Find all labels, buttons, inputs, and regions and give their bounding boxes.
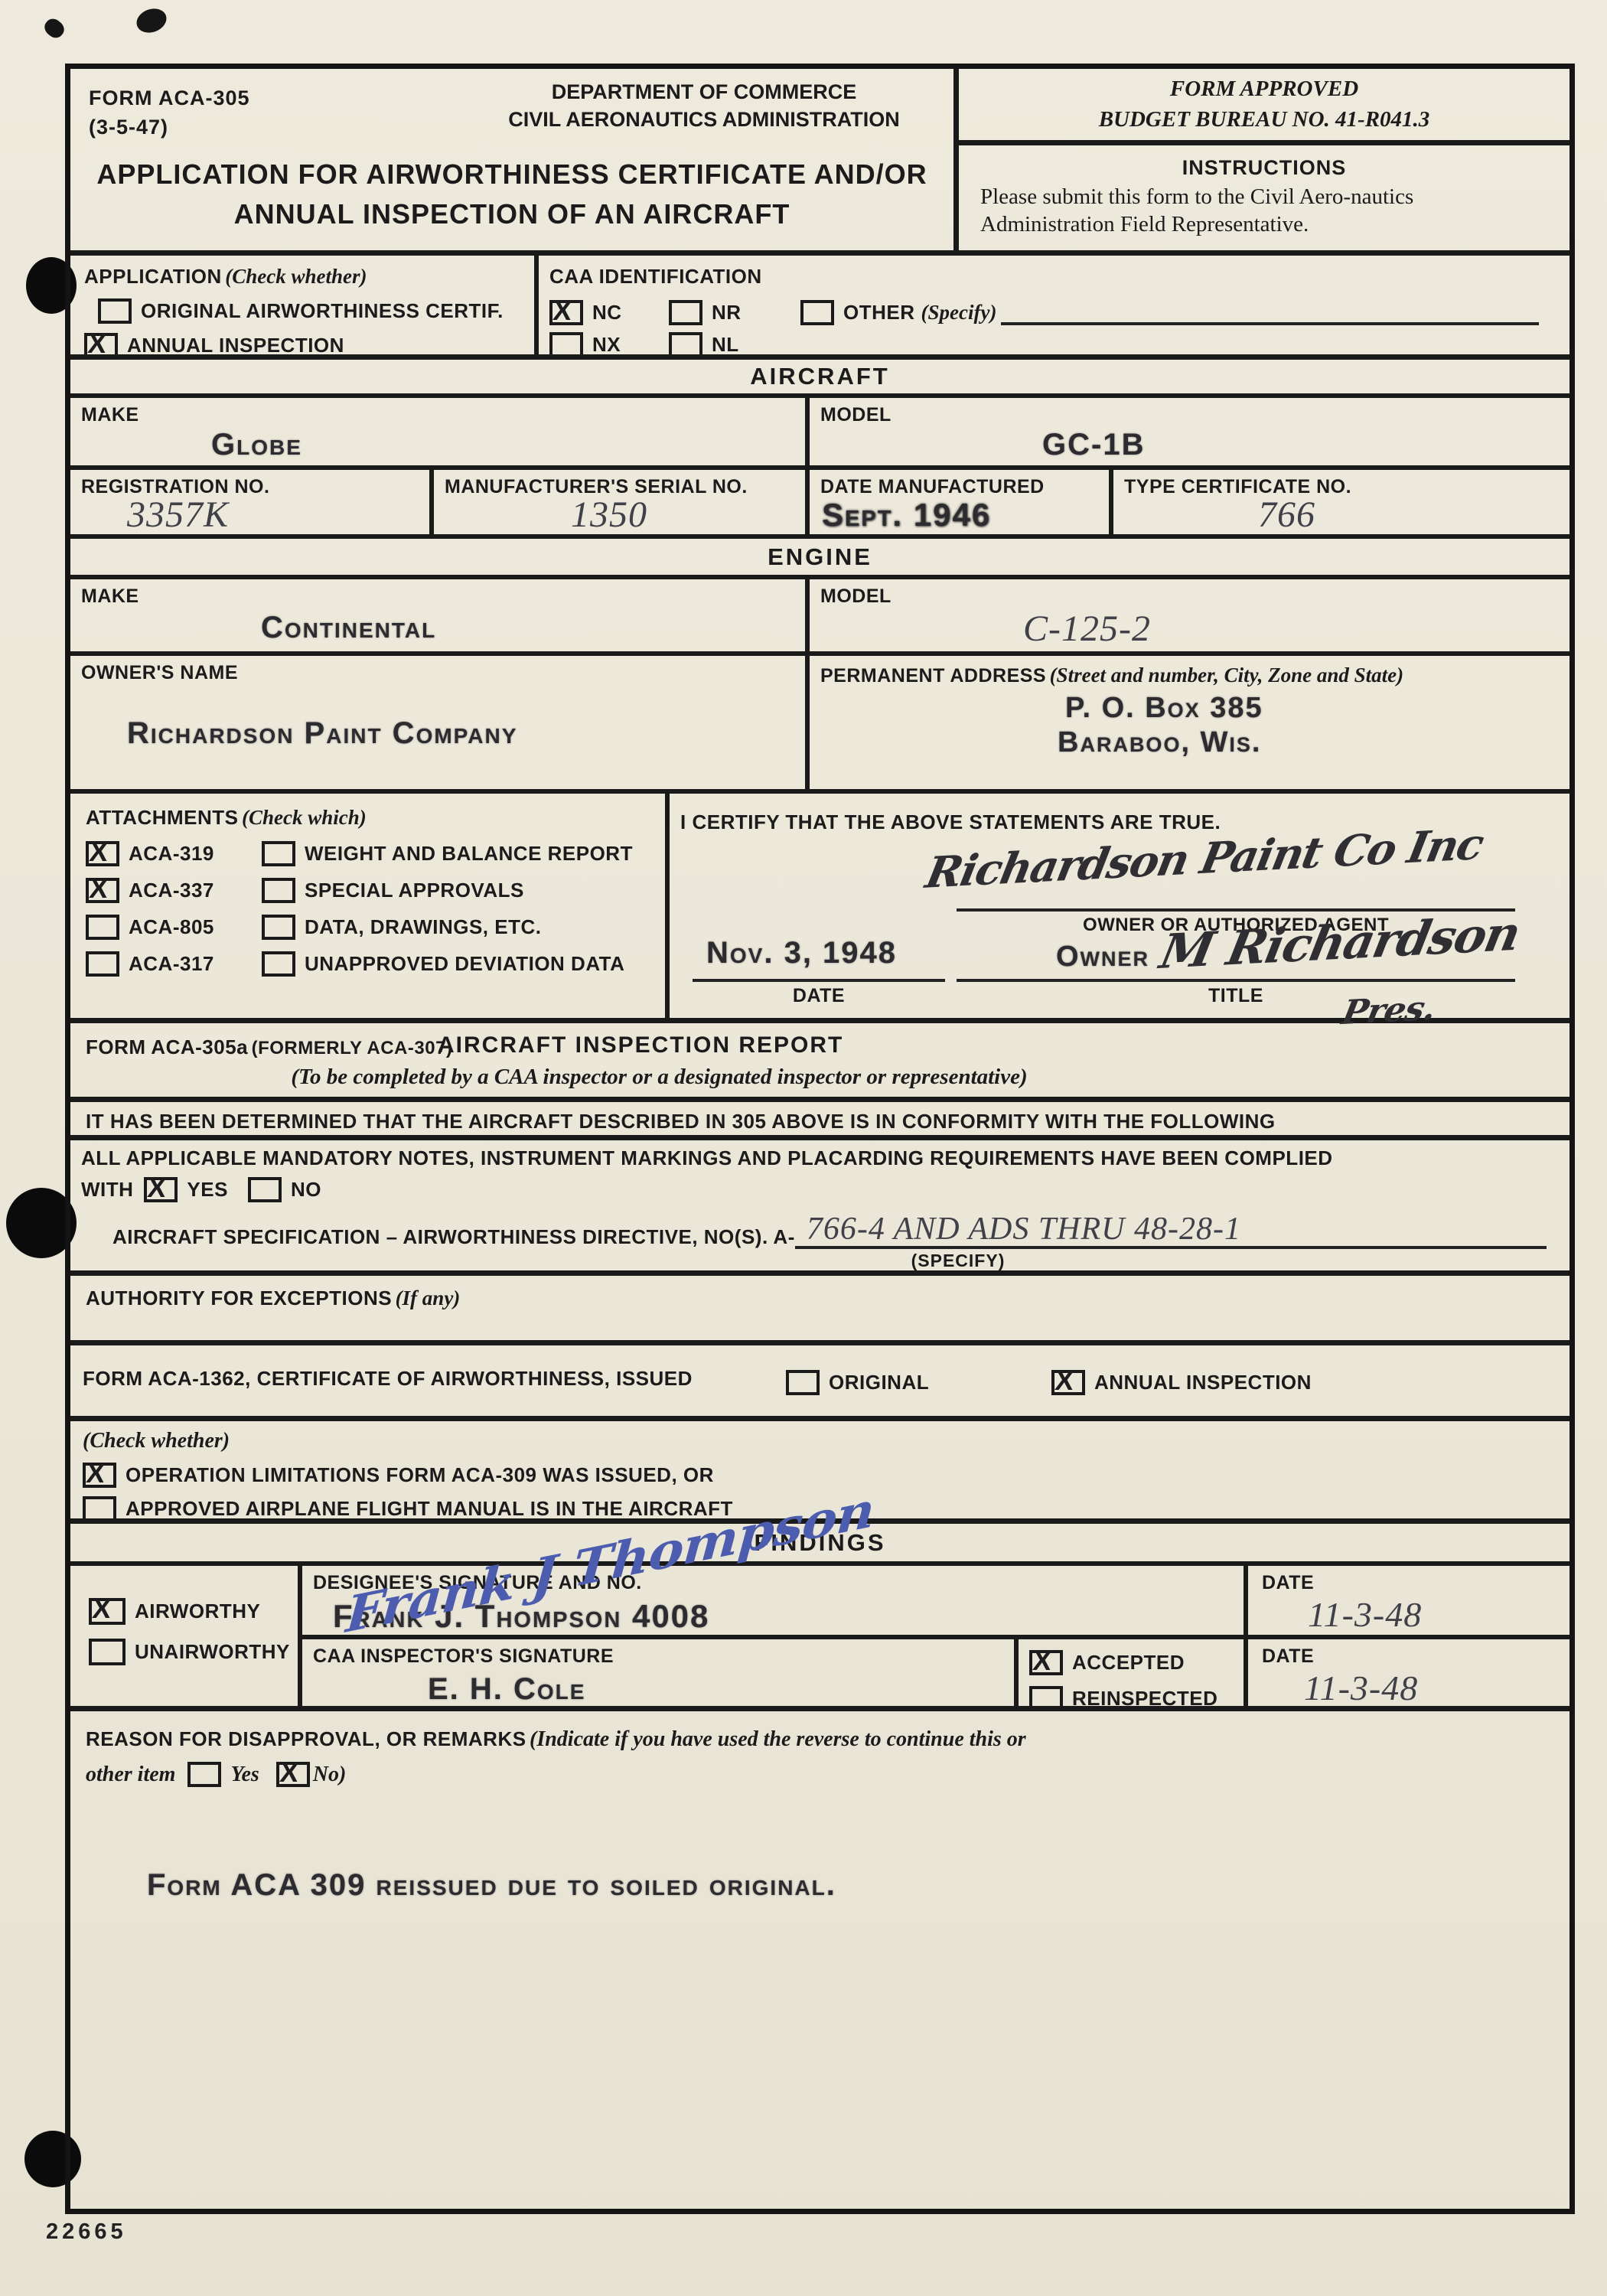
airworthiness-cell: AIRWORTHY UNAIRWORTHY [70, 1566, 302, 1706]
report-form-number: FORM ACA-305a [86, 1035, 248, 1058]
page-title: APPLICATION FOR AIRWORTHINESS CERTIFICAT… [70, 155, 953, 234]
designee-cell: DESIGNEE'S SIGNATURE AND NO. Frank J. Th… [302, 1566, 1248, 1635]
engine-model-label: MODEL [820, 585, 1559, 608]
report-formerly-note: (FORMERLY ACA-307) [252, 1038, 453, 1058]
owner-name-cell: OWNER'S NAME Richardson Paint Company [70, 656, 810, 789]
weight-balance-checkbox[interactable] [262, 841, 295, 866]
engine-make-model-row: MAKE Continental MODEL C-125-2 [70, 579, 1570, 656]
airworthy-label: AIRWORTHY [135, 1600, 260, 1623]
complied-no-label: NO [291, 1178, 321, 1202]
aircraft-make-label: MAKE [81, 404, 794, 426]
attachments-note: (Check which) [242, 806, 367, 829]
form-aca-305: FORM ACA-305 (3-5-47) DEPARTMENT OF COMM… [65, 64, 1575, 2214]
owner-row: OWNER'S NAME Richardson Paint Company PE… [70, 656, 1570, 794]
authority-row: AUTHORITY FOR EXCEPTIONS (If any) [70, 1276, 1570, 1345]
type-certificate-cell: TYPE CERTIFICATE NO. 766 [1113, 470, 1570, 534]
aircraft-make-value: Globe [211, 428, 794, 462]
original-airworthiness-label: ORIGINAL AIRWORTHINESS CERTIF. [141, 299, 504, 323]
nr-label: NR [712, 301, 742, 325]
engine-model-value: C-125-2 [1023, 608, 1559, 650]
findings-right: DESIGNEE'S SIGNATURE AND NO. Frank J. Th… [302, 1566, 1570, 1706]
form-1362-row: FORM ACA-1362, CERTIFICATE OF AIRWORTHIN… [70, 1345, 1570, 1421]
instructions-box: INSTRUCTIONS Please submit this form to … [959, 145, 1570, 250]
form-number-line1: FORM ACA-305 [89, 84, 250, 113]
remarks-no-label: No) [313, 1763, 347, 1787]
inspector-value: E. H. Cole [428, 1672, 1014, 1707]
aca-317-label: ACA-317 [129, 952, 214, 976]
complied-yes-checkbox[interactable] [144, 1177, 178, 1202]
other-label: OTHER [843, 301, 915, 325]
aircraft-model-cell: MODEL GC-1B [810, 398, 1570, 465]
nx-label: NX [592, 333, 621, 357]
designee-date-value: 11-3-48 [1308, 1594, 1570, 1635]
accepted-date-value: 11-3-48 [1304, 1668, 1570, 1708]
inspection-report-header: FORM ACA-305a (FORMERLY ACA-307) AIRCRAF… [70, 1023, 1570, 1102]
aircraft-make-cell: MAKE Globe [70, 398, 810, 465]
designee-date-cell: DATE 11-3-48 [1248, 1566, 1570, 1635]
aircraft-model-label: MODEL [820, 404, 1559, 426]
special-approvals-label: SPECIAL APPROVALS [305, 879, 524, 902]
report-title: AIRCRAFT INSPECTION REPORT [438, 1032, 843, 1058]
form-1362-label: FORM ACA-1362, CERTIFICATE OF AIRWORTHIN… [83, 1367, 693, 1391]
nc-checkbox[interactable] [549, 300, 583, 325]
registration-value: 3357K [127, 494, 419, 536]
aca-319-label: ACA-319 [129, 842, 214, 866]
flight-manual-checkbox[interactable] [83, 1496, 116, 1521]
serial-value: 1350 [571, 494, 794, 536]
complied-no-checkbox[interactable] [248, 1177, 282, 1202]
aircraft-details-row: REGISTRATION NO. 3357K MANUFACTURER'S SE… [70, 470, 1570, 539]
title-line[interactable] [957, 957, 1515, 982]
authority-note: (If any) [396, 1287, 461, 1309]
report-subtitle: (To be completed by a CAA inspector or a… [70, 1065, 1248, 1090]
special-approvals-checkbox[interactable] [262, 878, 295, 903]
header-right: FORM APPROVED BUDGET BUREAU NO. 41-R041.… [953, 69, 1570, 250]
serial-cell: MANUFACTURER'S SERIAL NO. 1350 [434, 470, 810, 534]
data-drawings-checkbox[interactable] [262, 915, 295, 940]
accepted-date-cell: DATE 11-3-48 [1248, 1639, 1570, 1711]
accepted-cell: ACCEPTED REINSPECTED [1019, 1639, 1248, 1711]
form-number: FORM ACA-305 (3-5-47) [89, 84, 250, 142]
unairworthy-checkbox[interactable] [89, 1639, 125, 1665]
annual-inspection-label: ANNUAL INSPECTION [127, 334, 344, 357]
check-whether-note: (Check whether) [83, 1429, 1570, 1453]
weight-balance-label: WEIGHT AND BALANCE REPORT [305, 842, 633, 866]
remark-text: Form ACA 309 reissued due to soiled orig… [147, 1868, 836, 1903]
issued-original-checkbox[interactable] [786, 1370, 820, 1395]
complied-yes-label: YES [187, 1178, 228, 1202]
form-header: FORM ACA-305 (3-5-47) DEPARTMENT OF COMM… [70, 69, 1570, 256]
owner-address-cell: PERMANENT ADDRESS (Street and number, Ci… [810, 656, 1570, 789]
instructions-title: INSTRUCTIONS [980, 156, 1548, 180]
authority-label: AUTHORITY FOR EXCEPTIONS [86, 1287, 392, 1309]
remarks-label: REASON FOR DISAPPROVAL, OR REMARKS [86, 1727, 526, 1750]
date-manufactured-value: Sept. 1946 [822, 497, 1098, 533]
nl-checkbox[interactable] [669, 332, 702, 357]
aca-319-checkbox[interactable] [86, 841, 119, 866]
remarks-section: REASON FOR DISAPPROVAL, OR REMARKS (Indi… [70, 1711, 1570, 2209]
determined-text: IT HAS BEEN DETERMINED THAT THE AIRCRAFT… [86, 1110, 1276, 1135]
agency-line1: DEPARTMENT OF COMMERCE [482, 78, 926, 106]
airworthy-checkbox[interactable] [89, 1598, 125, 1625]
application-section: APPLICATION (Check whether) ORIGINAL AIR… [70, 256, 1570, 360]
nx-checkbox[interactable] [549, 332, 583, 357]
form-number-line2: (3-5-47) [89, 113, 250, 142]
with-label: WITH [81, 1178, 133, 1202]
attachments-certification-row: ATTACHMENTS (Check which) ACA-319 WEIGHT… [70, 794, 1570, 1023]
findings-table: AIRWORTHY UNAIRWORTHY DESIGNEE'S SIGNATU… [70, 1566, 1570, 1711]
engine-model-cell: MODEL C-125-2 [810, 579, 1570, 651]
caa-identification-cell: CAA IDENTIFICATION NC NR OTHER (Specify) [539, 256, 1570, 354]
issued-original-label: ORIGINAL [829, 1371, 929, 1394]
owner-address-label: PERMANENT ADDRESS [820, 665, 1046, 687]
nc-label: NC [592, 301, 622, 325]
designee-date-label: DATE [1262, 1572, 1570, 1594]
other-specify-input[interactable] [1001, 299, 1539, 325]
caa-identification-label: CAA IDENTIFICATION [549, 265, 1570, 289]
complied-row: ALL APPLICABLE MANDATORY NOTES, INSTRUME… [70, 1140, 1570, 1276]
reinspected-label: REINSPECTED [1072, 1687, 1217, 1711]
scanned-form-page: FORM ACA-305 (3-5-47) DEPARTMENT OF COMM… [0, 0, 1607, 2296]
owner-name-label: OWNER'S NAME [81, 662, 794, 684]
header-left: FORM ACA-305 (3-5-47) DEPARTMENT OF COMM… [70, 69, 953, 250]
remarks-note-line1: (Indicate if you have used the reverse t… [530, 1727, 1026, 1751]
spec-value: 766-4 AND ADS THRU 48-28-1 [807, 1211, 1241, 1247]
engine-section-title: ENGINE [70, 539, 1570, 579]
instructions-body: Please submit this form to the Civil Aer… [980, 183, 1548, 239]
certification-cell: I CERTIFY THAT THE ABOVE STATEMENTS ARE … [670, 794, 1570, 1018]
accepted-label: ACCEPTED [1072, 1651, 1185, 1675]
form-approved-line2: BUDGET BUREAU NO. 41-R041.3 [1099, 105, 1430, 135]
original-airworthiness-checkbox[interactable] [98, 298, 132, 324]
agency-line2: CIVIL AERONAUTICS ADMINISTRATION [482, 106, 926, 133]
reinspected-checkbox[interactable] [1029, 1686, 1063, 1711]
unapproved-deviation-checkbox[interactable] [262, 951, 295, 977]
agency-name: DEPARTMENT OF COMMERCE CIVIL AERONAUTICS… [482, 78, 926, 134]
unairworthy-label: UNAIRWORTHY [135, 1640, 290, 1664]
ink-smudge [133, 5, 170, 37]
aca-337-label: ACA-337 [129, 879, 214, 902]
flight-manual-label: APPROVED AIRPLANE FLIGHT MANUAL IS IN TH… [125, 1497, 733, 1521]
agent-signature-line[interactable] [957, 887, 1515, 912]
spec-input-line[interactable]: 766-4 AND ADS THRU 48-28-1 [795, 1220, 1547, 1249]
remarks-yes-checkbox[interactable] [187, 1762, 221, 1787]
attachments-label: ATTACHMENTS [86, 806, 239, 829]
inspector-label: CAA INSPECTOR'S SIGNATURE [313, 1645, 1014, 1668]
budget-bureau-box: FORM APPROVED BUDGET BUREAU NO. 41-R041.… [959, 69, 1570, 145]
owner-name-value: Richardson Paint Company [127, 716, 794, 751]
aca-805-checkbox[interactable] [86, 915, 119, 940]
data-drawings-label: DATA, DRAWINGS, ETC. [305, 915, 541, 939]
aircraft-make-model-row: MAKE Globe MODEL GC-1B [70, 398, 1570, 470]
attachments-cell: ATTACHMENTS (Check which) ACA-319 WEIGHT… [70, 794, 670, 1018]
owner-address-note: (Street and number, City, Zone and State… [1050, 664, 1404, 687]
owner-address-line2: Baraboo, Wis. [1058, 726, 1559, 759]
specify-label: (SPECIFY) [843, 1251, 1073, 1271]
page-title-line2: ANNUAL INSPECTION OF AN AIRCRAFT [70, 194, 953, 234]
accepted-date-label: DATE [1262, 1645, 1570, 1668]
remarks-yes-label: Yes [230, 1763, 259, 1787]
engine-make-value: Continental [261, 611, 794, 645]
operation-limitations-checkbox[interactable] [83, 1463, 116, 1488]
application-cell: APPLICATION (Check whether) ORIGINAL AIR… [70, 256, 539, 354]
form-approved-line1: FORM APPROVED [1170, 74, 1358, 104]
date-manufactured-cell: DATE MANUFACTURED Sept. 1946 [810, 470, 1113, 534]
aircraft-model-value: GC-1B [1042, 428, 1559, 462]
application-note: (Check whether) [225, 265, 367, 288]
operation-limitations-label: OPERATION LIMITATIONS FORM ACA-309 WAS I… [125, 1463, 714, 1487]
inspector-cell: CAA INSPECTOR'S SIGNATURE E. H. Cole [302, 1639, 1019, 1711]
engine-make-cell: MAKE Continental [70, 579, 810, 651]
certify-statement: I CERTIFY THAT THE ABOVE STATEMENTS ARE … [680, 810, 1221, 834]
aca-805-label: ACA-805 [129, 915, 214, 939]
aca-337-checkbox[interactable] [86, 878, 119, 903]
determined-row: IT HAS BEEN DETERMINED THAT THE AIRCRAFT… [70, 1102, 1570, 1140]
aca-317-checkbox[interactable] [86, 951, 119, 977]
issued-annual-label: ANNUAL INSPECTION [1094, 1371, 1312, 1394]
complied-text: ALL APPLICABLE MANDATORY NOTES, INSTRUME… [81, 1146, 1333, 1170]
engine-make-label: MAKE [81, 585, 794, 608]
aircraft-section-title: AIRCRAFT [70, 360, 1570, 398]
other-specify-note: (Specify) [921, 301, 997, 325]
issued-annual-checkbox[interactable] [1051, 1370, 1085, 1395]
spec-label: AIRCRAFT SPECIFICATION – AIRWORTHINESS D… [112, 1225, 795, 1249]
page-title-line1: APPLICATION FOR AIRWORTHINESS CERTIFICAT… [70, 155, 953, 194]
plate-number: 22665 [46, 2219, 127, 2245]
date-line[interactable] [693, 957, 945, 982]
ink-smudge [41, 15, 67, 41]
owner-address-line1: P. O. Box 385 [1065, 692, 1559, 725]
nl-label: NL [712, 333, 739, 357]
registration-cell: REGISTRATION NO. 3357K [70, 470, 434, 534]
remarks-note-line2: other item [86, 1763, 175, 1787]
remarks-no-checkbox[interactable] [276, 1762, 310, 1787]
application-label: APPLICATION [84, 265, 222, 288]
certification-date-label: DATE [693, 985, 945, 1007]
annual-inspection-checkbox[interactable] [84, 333, 118, 358]
accepted-checkbox[interactable] [1029, 1650, 1063, 1675]
date-manufactured-label: DATE MANUFACTURED [820, 476, 1098, 498]
other-checkbox[interactable] [800, 300, 834, 325]
nr-checkbox[interactable] [669, 300, 702, 325]
unapproved-deviation-label: UNAPPROVED DEVIATION DATA [305, 952, 624, 976]
type-certificate-value: 766 [1258, 494, 1559, 536]
